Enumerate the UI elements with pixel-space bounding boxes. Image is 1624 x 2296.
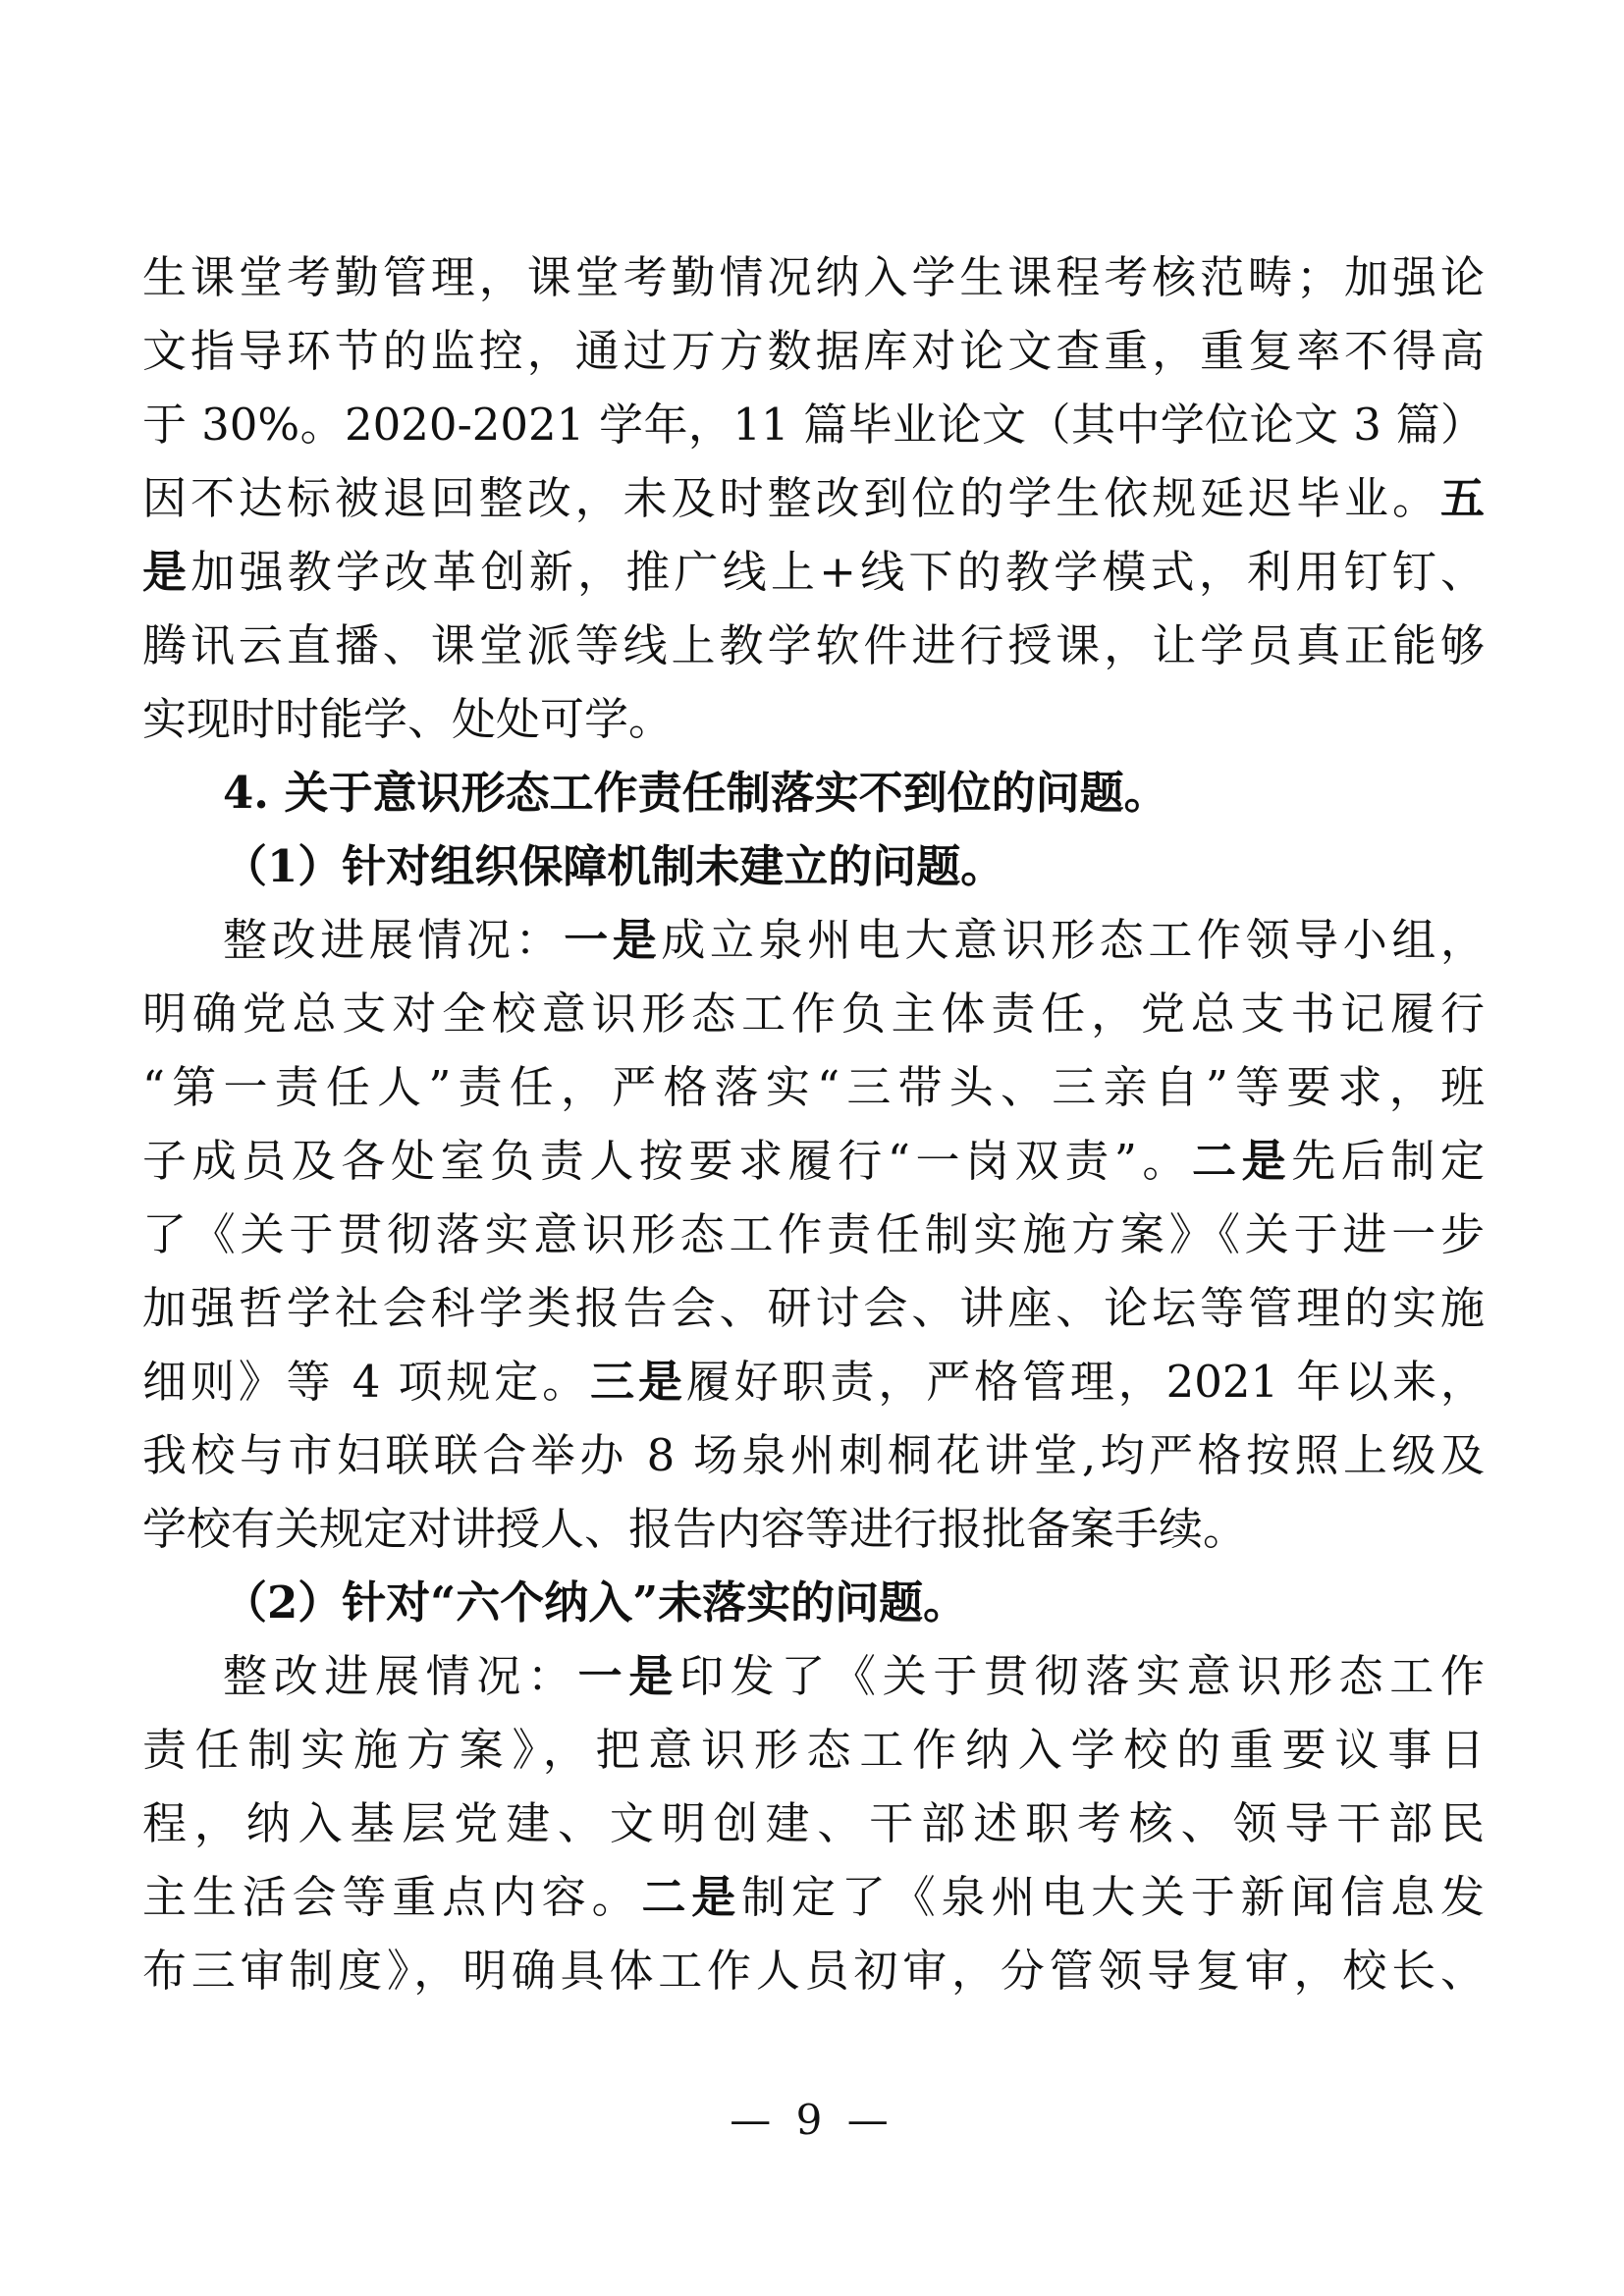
emphasis-text: 一是 xyxy=(578,1650,679,1702)
body-text: 因不达标被退回整改，未及时整改到位的学生依规延迟毕业。 xyxy=(142,472,1440,524)
body-text: 学校有关规定对讲授人、报告内容等进行报批备案手续。 xyxy=(142,1503,1247,1555)
text-line: 实现时时能学、处处可学。 xyxy=(142,682,1485,756)
body-text: 制定了《泉州电大关于新闻信息发 xyxy=(741,1871,1485,1923)
text-line: 责任制实施方案》，把意识形态工作纳入学校的重要议事日 xyxy=(142,1713,1485,1787)
text-line: 加强哲学社会科学类报告会、研讨会、讲座、论坛等管理的实施 xyxy=(142,1271,1485,1345)
body-text: 先后制定 xyxy=(1291,1135,1485,1187)
text-line: “第一责任人”责任，严格落实“三带头、三亲自”等要求，班 xyxy=(142,1050,1485,1124)
body-text: 文指导环节的监控，通过万方数据库对论文查重，重复率不得高 xyxy=(142,325,1485,377)
heading-line: （1）针对组织保障机制未建立的问题。 xyxy=(142,829,1485,903)
body-text: 责任制实施方案》，把意识形态工作纳入学校的重要议事日 xyxy=(142,1724,1485,1776)
text-line: 文指导环节的监控，通过万方数据库对论文查重，重复率不得高 xyxy=(142,314,1485,388)
body-text: 实现时时能学、处处可学。 xyxy=(142,693,673,745)
text-line: 因不达标被退回整改，未及时整改到位的学生依规延迟毕业。五 xyxy=(142,461,1485,535)
text-line: 子成员及各处室负责人按要求履行“一岗双责”。二是先后制定 xyxy=(142,1124,1485,1198)
body-text: 细则》等 4 项规定。 xyxy=(142,1356,590,1408)
body-text: 整改进展情况： xyxy=(223,914,564,966)
text-line: 明确党总支对全校意识形态工作负主体责任，党总支书记履行 xyxy=(142,977,1485,1050)
text-line: 是加强教学改革创新，推广线上+线下的教学模式，利用钉钉、 xyxy=(142,535,1485,609)
body-text: 主生活会等重点内容。 xyxy=(142,1871,641,1923)
body-text: 腾讯云直播、课堂派等线上教学软件进行授课，让学员真正能够 xyxy=(142,619,1485,671)
body-text: 加强教学改革创新，推广线上+线下的教学模式，利用钉钉、 xyxy=(190,546,1485,598)
body-text: 生课堂考勤管理，课堂考勤情况纳入学生课程考核范畴；加强论 xyxy=(142,251,1485,303)
text-line: 学校有关规定对讲授人、报告内容等进行报批备案手续。 xyxy=(142,1492,1485,1566)
text-line: 主生活会等重点内容。二是制定了《泉州电大关于新闻信息发 xyxy=(142,1860,1485,1934)
body-text: 布三审制度》，明确具体工作人员初审，分管领导复审，校长、 xyxy=(142,1945,1485,1997)
page-number: — 9 — xyxy=(0,2091,1624,2150)
text-line: 整改进展情况：一是印发了《关于贯彻落实意识形态工作 xyxy=(142,1639,1485,1713)
document-body: 生课堂考勤管理，课堂考勤情况纳入学生课程考核范畴；加强论文指导环节的监控，通过万… xyxy=(142,240,1485,2007)
emphasis-text: 三是 xyxy=(590,1356,686,1408)
text-line: 我校与市妇联联合举办 8 场泉州刺桐花讲堂,均严格按照上级及 xyxy=(142,1418,1485,1492)
text-line: 细则》等 4 项规定。三是履好职责，严格管理，2021 年以来， xyxy=(142,1345,1485,1418)
text-line: 程，纳入基层党建、文明创建、干部述职考核、领导干部民 xyxy=(142,1787,1485,1860)
body-text: 整改进展情况： xyxy=(223,1650,578,1702)
text-line: 腾讯云直播、课堂派等线上教学软件进行授课，让学员真正能够 xyxy=(142,609,1485,682)
heading-line: 4. 关于意识形态工作责任制落实不到位的问题。 xyxy=(142,756,1485,829)
body-text: 于 30%。2020-2021 学年，11 篇毕业论文（其中学位论文 3 篇） xyxy=(142,399,1485,451)
emphasis-text: （2）针对“六个纳入”未落实的问题。 xyxy=(223,1576,967,1629)
body-text: 明确党总支对全校意识形态工作负主体责任，党总支书记履行 xyxy=(142,988,1485,1040)
body-text: 子成员及各处室负责人按要求履行“一岗双责”。 xyxy=(142,1135,1192,1187)
emphasis-text: 二是 xyxy=(1192,1135,1291,1187)
text-line: 了《关于贯彻落实意识形态工作责任制实施方案》《关于进一步 xyxy=(142,1198,1485,1271)
document-page: 生课堂考勤管理，课堂考勤情况纳入学生课程考核范畴；加强论文指导环节的监控，通过万… xyxy=(0,0,1624,2296)
body-text: 我校与市妇联联合举办 8 场泉州刺桐花讲堂,均严格按照上级及 xyxy=(142,1429,1485,1481)
text-line: 整改进展情况：一是成立泉州电大意识形态工作领导小组， xyxy=(142,903,1485,977)
emphasis-text: 二是 xyxy=(641,1871,741,1923)
emphasis-text: （1）针对组织保障机制未建立的问题。 xyxy=(223,840,1004,892)
body-text: 程，纳入基层党建、文明创建、干部述职考核、领导干部民 xyxy=(142,1797,1485,1849)
body-text: 印发了《关于贯彻落实意识形态工作 xyxy=(679,1650,1485,1702)
text-line: 布三审制度》，明确具体工作人员初审，分管领导复审，校长、 xyxy=(142,1934,1485,2007)
emphasis-text: 是 xyxy=(142,546,190,598)
emphasis-text: 4. 关于意识形态工作责任制落实不到位的问题。 xyxy=(223,767,1168,819)
text-line: 生课堂考勤管理，课堂考勤情况纳入学生课程考核范畴；加强论 xyxy=(142,240,1485,314)
body-text: 履好职责，严格管理，2021 年以来， xyxy=(686,1356,1485,1408)
body-text: 了《关于贯彻落实意识形态工作责任制实施方案》《关于进一步 xyxy=(142,1208,1485,1260)
emphasis-text: 一是 xyxy=(564,914,661,966)
emphasis-text: 五 xyxy=(1440,472,1485,524)
body-text: 成立泉州电大意识形态工作领导小组， xyxy=(661,914,1485,966)
text-line: 于 30%。2020-2021 学年，11 篇毕业论文（其中学位论文 3 篇） xyxy=(142,388,1485,461)
body-text: 加强哲学社会科学类报告会、研讨会、讲座、论坛等管理的实施 xyxy=(142,1282,1485,1334)
heading-line: （2）针对“六个纳入”未落实的问题。 xyxy=(142,1566,1485,1639)
body-text: “第一责任人”责任，严格落实“三带头、三亲自”等要求，班 xyxy=(142,1061,1485,1113)
